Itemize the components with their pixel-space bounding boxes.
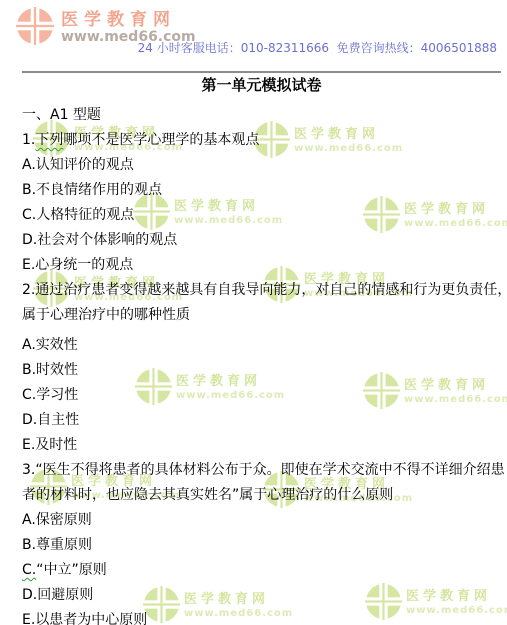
question-2-text-line2: 属于心理治疗中的哪种性质 [22,303,501,328]
contact-hotline-text: 24 小时客服电话：010-82311666 免费咨询热线：4006501888 [138,39,497,56]
question-2-option-b: B.时效性 [22,358,501,383]
exam-document: 第一单元模拟试卷 一、A1 型题 1.下列哪项不是医学心理学的基本观点 A.认知… [22,74,501,625]
question-2-option-c: C.学习性 [22,383,501,408]
question-1-option-e: E.心身统一的观点 [22,253,501,278]
question-1-rest: 哪项不是医学心理学的基本观点 [63,132,259,148]
question-3-option-e: E.以患者为中心原则 [22,608,501,625]
question-2-option-d: D.自主性 [22,408,501,433]
question-3-option-b: B.尊重原则 [22,533,501,558]
question-3-option-c: C.“中立”原则 [22,558,501,583]
question-1-option-a: A.认知评价的观点 [22,153,501,178]
question-3-option-c-flagged: C. [22,562,36,578]
question-3-text-line1: 3.“医生不得将患者的具体材料公布于众。即使在学术交流中不得不详细介绍患 [22,458,501,483]
question-1-text: 1.下列哪项不是医学心理学的基本观点 [22,128,501,153]
question-3-option-c-rest: “中立”原则 [36,562,107,578]
logo-title: 医学教育网 [61,11,196,30]
question-1-flagged-word: 下列 [35,132,63,148]
question-2-option-a: A.实效性 [22,333,501,358]
header-divider [22,71,501,73]
question-1-number: 1. [22,132,35,148]
question-2-text-line1: 2.通过治疗患者变得越来越具有自我导向能力，对自己的情感和行为更负责任， [22,278,501,303]
question-1-option-b: B.不良情绪作用的观点 [22,178,501,203]
question-3-text-line2: 者的材料时，也应隐去其真实姓名”属于心理治疗的什么原则 [22,483,501,508]
section-heading: 一、A1 型题 [22,103,501,128]
question-3-option-d: D.回避原则 [22,583,501,608]
question-1-option-d: D.社会对个体影响的观点 [22,228,501,253]
question-2-option-e: E.及时性 [22,433,501,458]
exam-title: 第一单元模拟试卷 [22,74,501,98]
med66-cross-icon [16,7,54,49]
question-1-option-c: C.人格特征的观点 [22,203,501,228]
question-3-option-a: A.保密原则 [22,508,501,533]
